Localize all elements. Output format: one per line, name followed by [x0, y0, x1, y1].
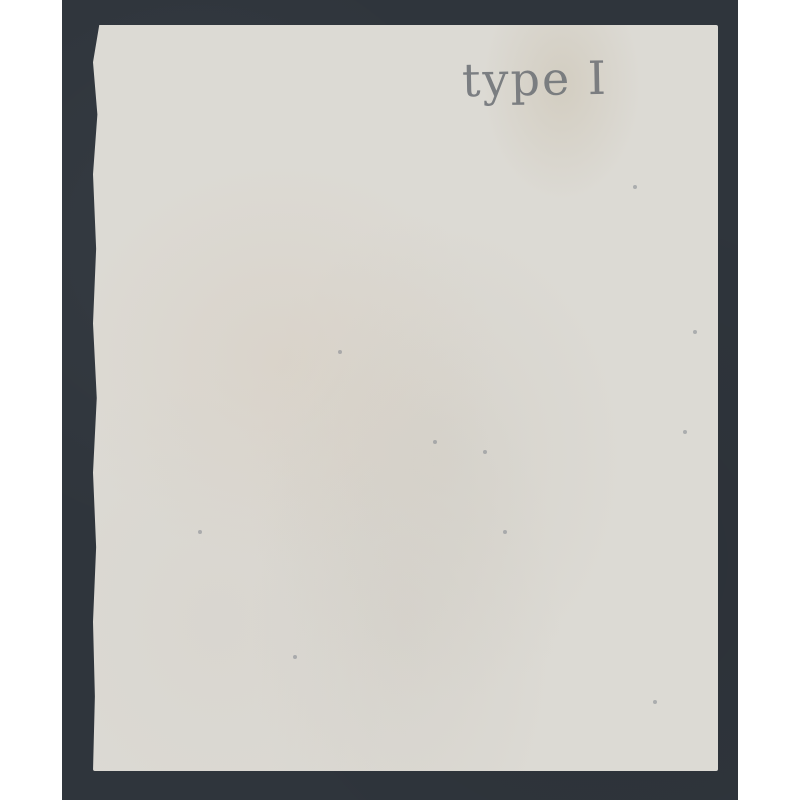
stamp-reverse-paper	[93, 25, 718, 771]
ink-speck	[693, 330, 697, 334]
ink-speck	[633, 185, 637, 189]
ink-speck	[293, 655, 297, 659]
ink-speck	[483, 450, 487, 454]
ink-speck	[338, 350, 342, 354]
ink-speck	[503, 530, 507, 534]
ink-speck	[683, 430, 687, 434]
pencil-annotation-text: type I	[462, 51, 609, 108]
ink-speck	[653, 700, 657, 704]
ink-speck	[198, 530, 202, 534]
photo-scene: type I	[0, 0, 800, 800]
ink-speck	[433, 440, 437, 444]
